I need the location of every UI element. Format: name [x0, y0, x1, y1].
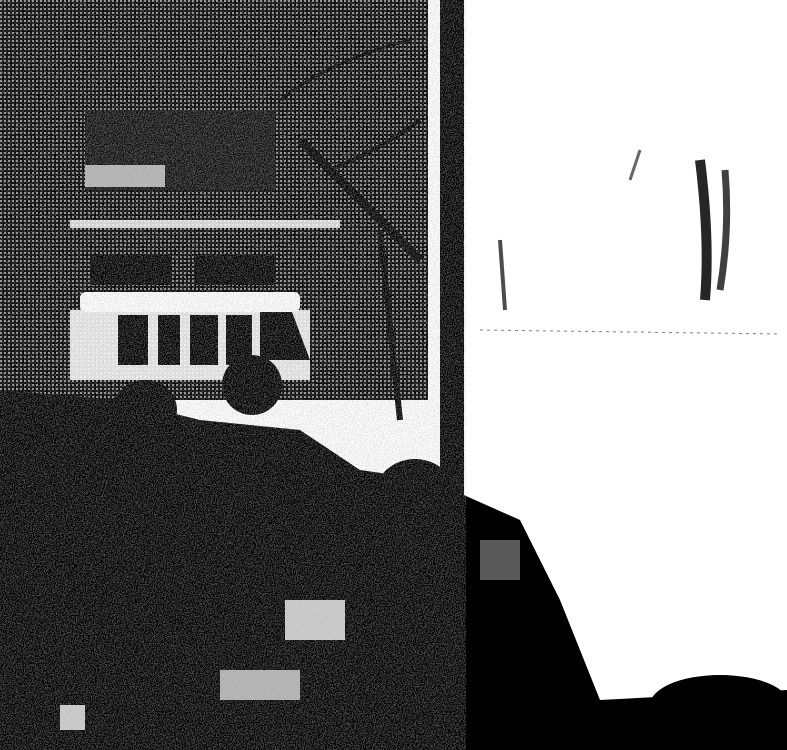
- photograph: [0, 0, 787, 750]
